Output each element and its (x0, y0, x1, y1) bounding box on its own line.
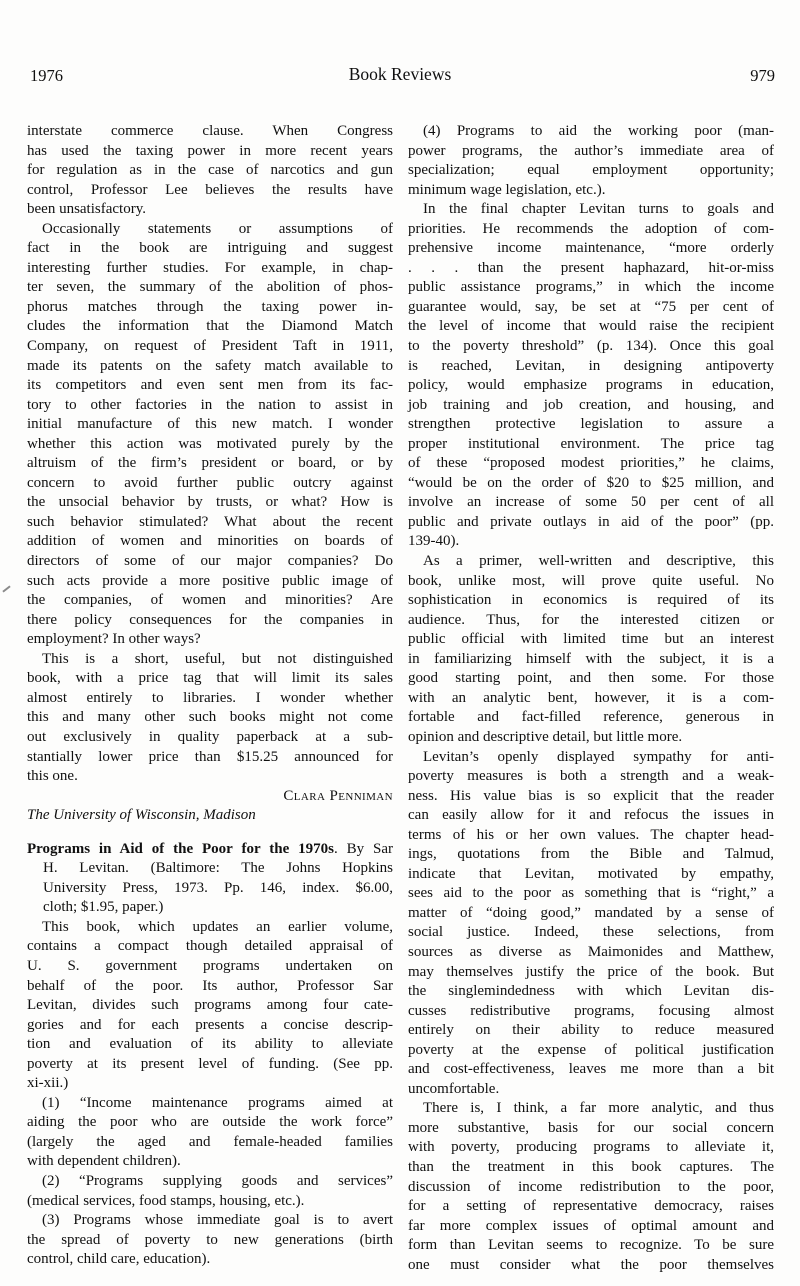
text-line: This book, which updates an earlier volu… (27, 918, 393, 938)
text-line: been unsatisfactory. (27, 200, 393, 220)
text-line: poverty at its present level of funding.… (27, 1055, 393, 1075)
text-line: proper institutional environment. The pr… (408, 435, 774, 455)
review-title: Programs in Aid of the Poor for the 1970… (27, 841, 334, 857)
page-body: interstate commerce clause. When Congres… (27, 122, 774, 1275)
text-line: public official with limited time but an… (408, 630, 774, 650)
text-line: is reached, Levitan, in designing antipo… (408, 357, 774, 377)
text-line: public and private outlays in aid of the… (408, 513, 774, 533)
text-line: interstate commerce clause. When Congres… (27, 122, 393, 142)
left-column: interstate commerce clause. When Congres… (27, 122, 393, 1275)
text-line: fact in the book are intriguing and sugg… (27, 239, 393, 259)
text-line: “would be on the order of $20 to $25 mil… (408, 474, 774, 494)
text-line: interesting further studies. For example… (27, 259, 393, 279)
text-line: cludes the information that the Diamond … (27, 317, 393, 337)
text-line: ter seven, the summary of the abolition … (27, 278, 393, 298)
text-line: to the poverty threshold” (p. 134). Once… (408, 337, 774, 357)
text-line: poverty measures is both a strength and … (408, 767, 774, 787)
text-line: more substantive, basis for our social c… (408, 1119, 774, 1139)
text-line: may themselves justify the price of the … (408, 963, 774, 983)
text-line: (medical services, food stamps, housing,… (27, 1192, 393, 1212)
text-line: good starting point, and then some. For … (408, 669, 774, 689)
text-line: There is, I think, a far more analytic, … (408, 1099, 774, 1119)
paragraph: This book, which updates an earlier volu… (27, 918, 393, 1094)
text-line: As a primer, well-written and descriptiv… (408, 552, 774, 572)
text-line: the companies, of women and minorities? … (27, 591, 393, 611)
text-line: almost entirely to libraries. I wonder w… (27, 689, 393, 709)
text-line: in familiarizing himself with the subjec… (408, 650, 774, 670)
text-line: discussion of income redistribution to t… (408, 1178, 774, 1198)
text-line: initial manufacture of this new match. I… (27, 415, 393, 435)
text-line: for regulation as in the case of narcoti… (27, 161, 393, 181)
text-line: guarantee would, say, be set at “75 per … (408, 298, 774, 318)
review-title-line: Programs in Aid of the Poor for the 1970… (27, 840, 393, 860)
text-line: the singlemindedness with which Levitan … (408, 982, 774, 1002)
text-line: minimum wage legislation, etc.). (408, 181, 774, 201)
text-line: (2) “Programs supplying goods and servic… (27, 1172, 393, 1192)
text-line: stantially lower price than $15.25 annou… (27, 748, 393, 768)
text-line: (largely the aged and female-headed fami… (27, 1133, 393, 1153)
scan-artifact-mark (2, 585, 10, 592)
text-line: the level of income that would raise the… (408, 317, 774, 337)
text-line: far more complex issues of optimal amoun… (408, 1217, 774, 1237)
text-line: directors of some of our major companies… (27, 552, 393, 572)
text-line: U. S. government programs undertaken on (27, 957, 393, 977)
text-line: contains a compact though detailed appra… (27, 937, 393, 957)
text-line: opinion and descriptive detail, but litt… (408, 728, 774, 748)
text-line: terms of his or her own values. The chap… (408, 826, 774, 846)
text-line: Levitan’s openly displayed sympathy for … (408, 748, 774, 768)
text-line: audience. Thus, for the interested citiz… (408, 611, 774, 631)
review-byline: . By Sar (334, 841, 393, 857)
text-line: entirely on their ability to reduce meas… (408, 1021, 774, 1041)
paragraph: There is, I think, a far more analytic, … (408, 1099, 774, 1275)
text-line: concern to avoid further public outcry a… (27, 474, 393, 494)
journal-page: 1976 Book Reviews 979 interstate commerc… (0, 0, 800, 1286)
text-line: matter of “doing good,” mandated by a se… (408, 904, 774, 924)
review-citation-line: H. Levitan. (Baltimore: The Johns Hopkin… (27, 859, 393, 879)
text-line: sees aid to the poor as something that i… (408, 884, 774, 904)
text-line: altruism of the firm’s president or boar… (27, 454, 393, 474)
text-line: than the treatment in this book captures… (408, 1158, 774, 1178)
text-line: control, Professor Lee believes the resu… (27, 181, 393, 201)
paragraph: (3) Programs whose immediate goal is to … (27, 1211, 393, 1270)
text-line: for a setting of representative democrac… (408, 1197, 774, 1217)
text-line: this and many other such books might not… (27, 708, 393, 728)
paragraph: (2) “Programs supplying goods and servic… (27, 1172, 393, 1211)
reviewer-affiliation: The University of Wisconsin, Madison (27, 806, 393, 826)
text-line: such acts provide a more positive public… (27, 572, 393, 592)
text-line: job training and job creation, and housi… (408, 396, 774, 416)
text-line: fortable and fact-filled reference, gene… (408, 708, 774, 728)
paragraph: Occasionally statements or assumptions o… (27, 220, 393, 650)
review-citation-line: cloth; $1.95, paper.) (27, 898, 393, 918)
reviewer-signature: Clara PennimanThe University of Wisconsi… (27, 787, 393, 826)
text-line: form than Levitan seems to recognize. To… (408, 1236, 774, 1256)
text-line: tory to other factories in the nation to… (27, 396, 393, 416)
text-line: indicate that Levitan, motivated by empa… (408, 865, 774, 885)
text-line: 139-40). (408, 532, 774, 552)
book-review-heading: Programs in Aid of the Poor for the 1970… (27, 840, 393, 918)
text-line: and cost-effectiveness, leaves me more t… (408, 1060, 774, 1080)
text-line: xi-xii.) (27, 1074, 393, 1094)
text-line: . . . than the present haphazard, hit-or… (408, 259, 774, 279)
text-line: (3) Programs whose immediate goal is to … (27, 1211, 393, 1231)
text-line: In the final chapter Levitan turns to go… (408, 200, 774, 220)
paragraph: As a primer, well-written and descriptiv… (408, 552, 774, 747)
text-line: the unsocial behavior by trusts, or what… (27, 493, 393, 513)
text-line: made its patents on the safety match ava… (27, 357, 393, 377)
text-line: with poverty, producing programs to alle… (408, 1138, 774, 1158)
text-line: book, with a price tag that will limit i… (27, 669, 393, 689)
text-line: has used the taxing power in more recent… (27, 142, 393, 162)
text-line: ings, quotations from the Bible and Talm… (408, 845, 774, 865)
text-line: involve an increase of some 50 per cent … (408, 493, 774, 513)
text-line: social justice. Indeed, these selections… (408, 923, 774, 943)
paragraph: In the final chapter Levitan turns to go… (408, 200, 774, 552)
text-line: can easily allow for it and refocus the … (408, 806, 774, 826)
text-line: sophistication in economics is required … (408, 591, 774, 611)
text-line: power programs, the author’s immediate a… (408, 142, 774, 162)
text-line: (4) Programs to aid the working poor (ma… (408, 122, 774, 142)
text-line: behalf of the poor. Its author, Professo… (27, 977, 393, 997)
text-line: gories and for each presents a concise d… (27, 1016, 393, 1036)
text-line: (1) “Income maintenance programs aimed a… (27, 1094, 393, 1114)
text-line: employment? In other ways? (27, 630, 393, 650)
paragraph: (1) “Income maintenance programs aimed a… (27, 1094, 393, 1172)
text-line: strengthen protective legislation to ass… (408, 415, 774, 435)
text-line: specialization; equal employment opportu… (408, 161, 774, 181)
text-line: This is a short, useful, but not disting… (27, 650, 393, 670)
text-line: its competitors and even sent men from i… (27, 376, 393, 396)
text-line: poverty at the expense of political just… (408, 1041, 774, 1061)
text-line: cusses redistributive programs, focusing… (408, 1002, 774, 1022)
text-line: out exclusively in quality paperback at … (27, 728, 393, 748)
reviewer-name: Clara Penniman (27, 787, 393, 807)
text-line: uncomfortable. (408, 1080, 774, 1100)
text-line: book, unlike most, will prove quite usef… (408, 572, 774, 592)
text-line: sources as diverse as Maimonides and Mat… (408, 943, 774, 963)
text-line: public assistance programs,” in which th… (408, 278, 774, 298)
text-line: policy, would emphasize programs in educ… (408, 376, 774, 396)
text-line: with dependent children). (27, 1152, 393, 1172)
text-line: whether this action was motivated purely… (27, 435, 393, 455)
paragraph: (4) Programs to aid the working poor (ma… (408, 122, 774, 200)
text-line: Company, on request of President Taft in… (27, 337, 393, 357)
text-line: there policy consequences for the compan… (27, 611, 393, 631)
paragraph: interstate commerce clause. When Congres… (27, 122, 393, 220)
text-line: ness. His value bias is so explicit that… (408, 787, 774, 807)
text-line: priorities. He recommends the adoption o… (408, 220, 774, 240)
text-line: the spread of poverty to new generations… (27, 1231, 393, 1251)
text-line: one must consider what the poor themselv… (408, 1256, 774, 1276)
paragraph: This is a short, useful, but not disting… (27, 650, 393, 787)
text-line: control, child care, education). (27, 1250, 393, 1270)
paragraph: Levitan’s openly displayed sympathy for … (408, 748, 774, 1100)
text-line: with an analytic bent, however, it is a … (408, 689, 774, 709)
text-line: Levitan, divides such programs among fou… (27, 996, 393, 1016)
text-line: prehensive income maintenance, “more ord… (408, 239, 774, 259)
text-line: this one. (27, 767, 393, 787)
text-line: aiding the poor who are outside the work… (27, 1113, 393, 1133)
text-line: addition of women and minorities on boar… (27, 532, 393, 552)
text-line: Occasionally statements or assumptions o… (27, 220, 393, 240)
review-citation-line: University Press, 1973. Pp. 146, index. … (27, 879, 393, 899)
header-title: Book Reviews (0, 64, 800, 85)
header-page-number: 979 (750, 66, 775, 86)
text-line: such behavior stimulated? What about the… (27, 513, 393, 533)
text-line: tion and evaluation of its ability to al… (27, 1035, 393, 1055)
text-line: phorus matches through the taxing power … (27, 298, 393, 318)
text-line: of these “proposed modest priorities,” h… (408, 454, 774, 474)
right-column: (4) Programs to aid the working poor (ma… (408, 122, 774, 1275)
